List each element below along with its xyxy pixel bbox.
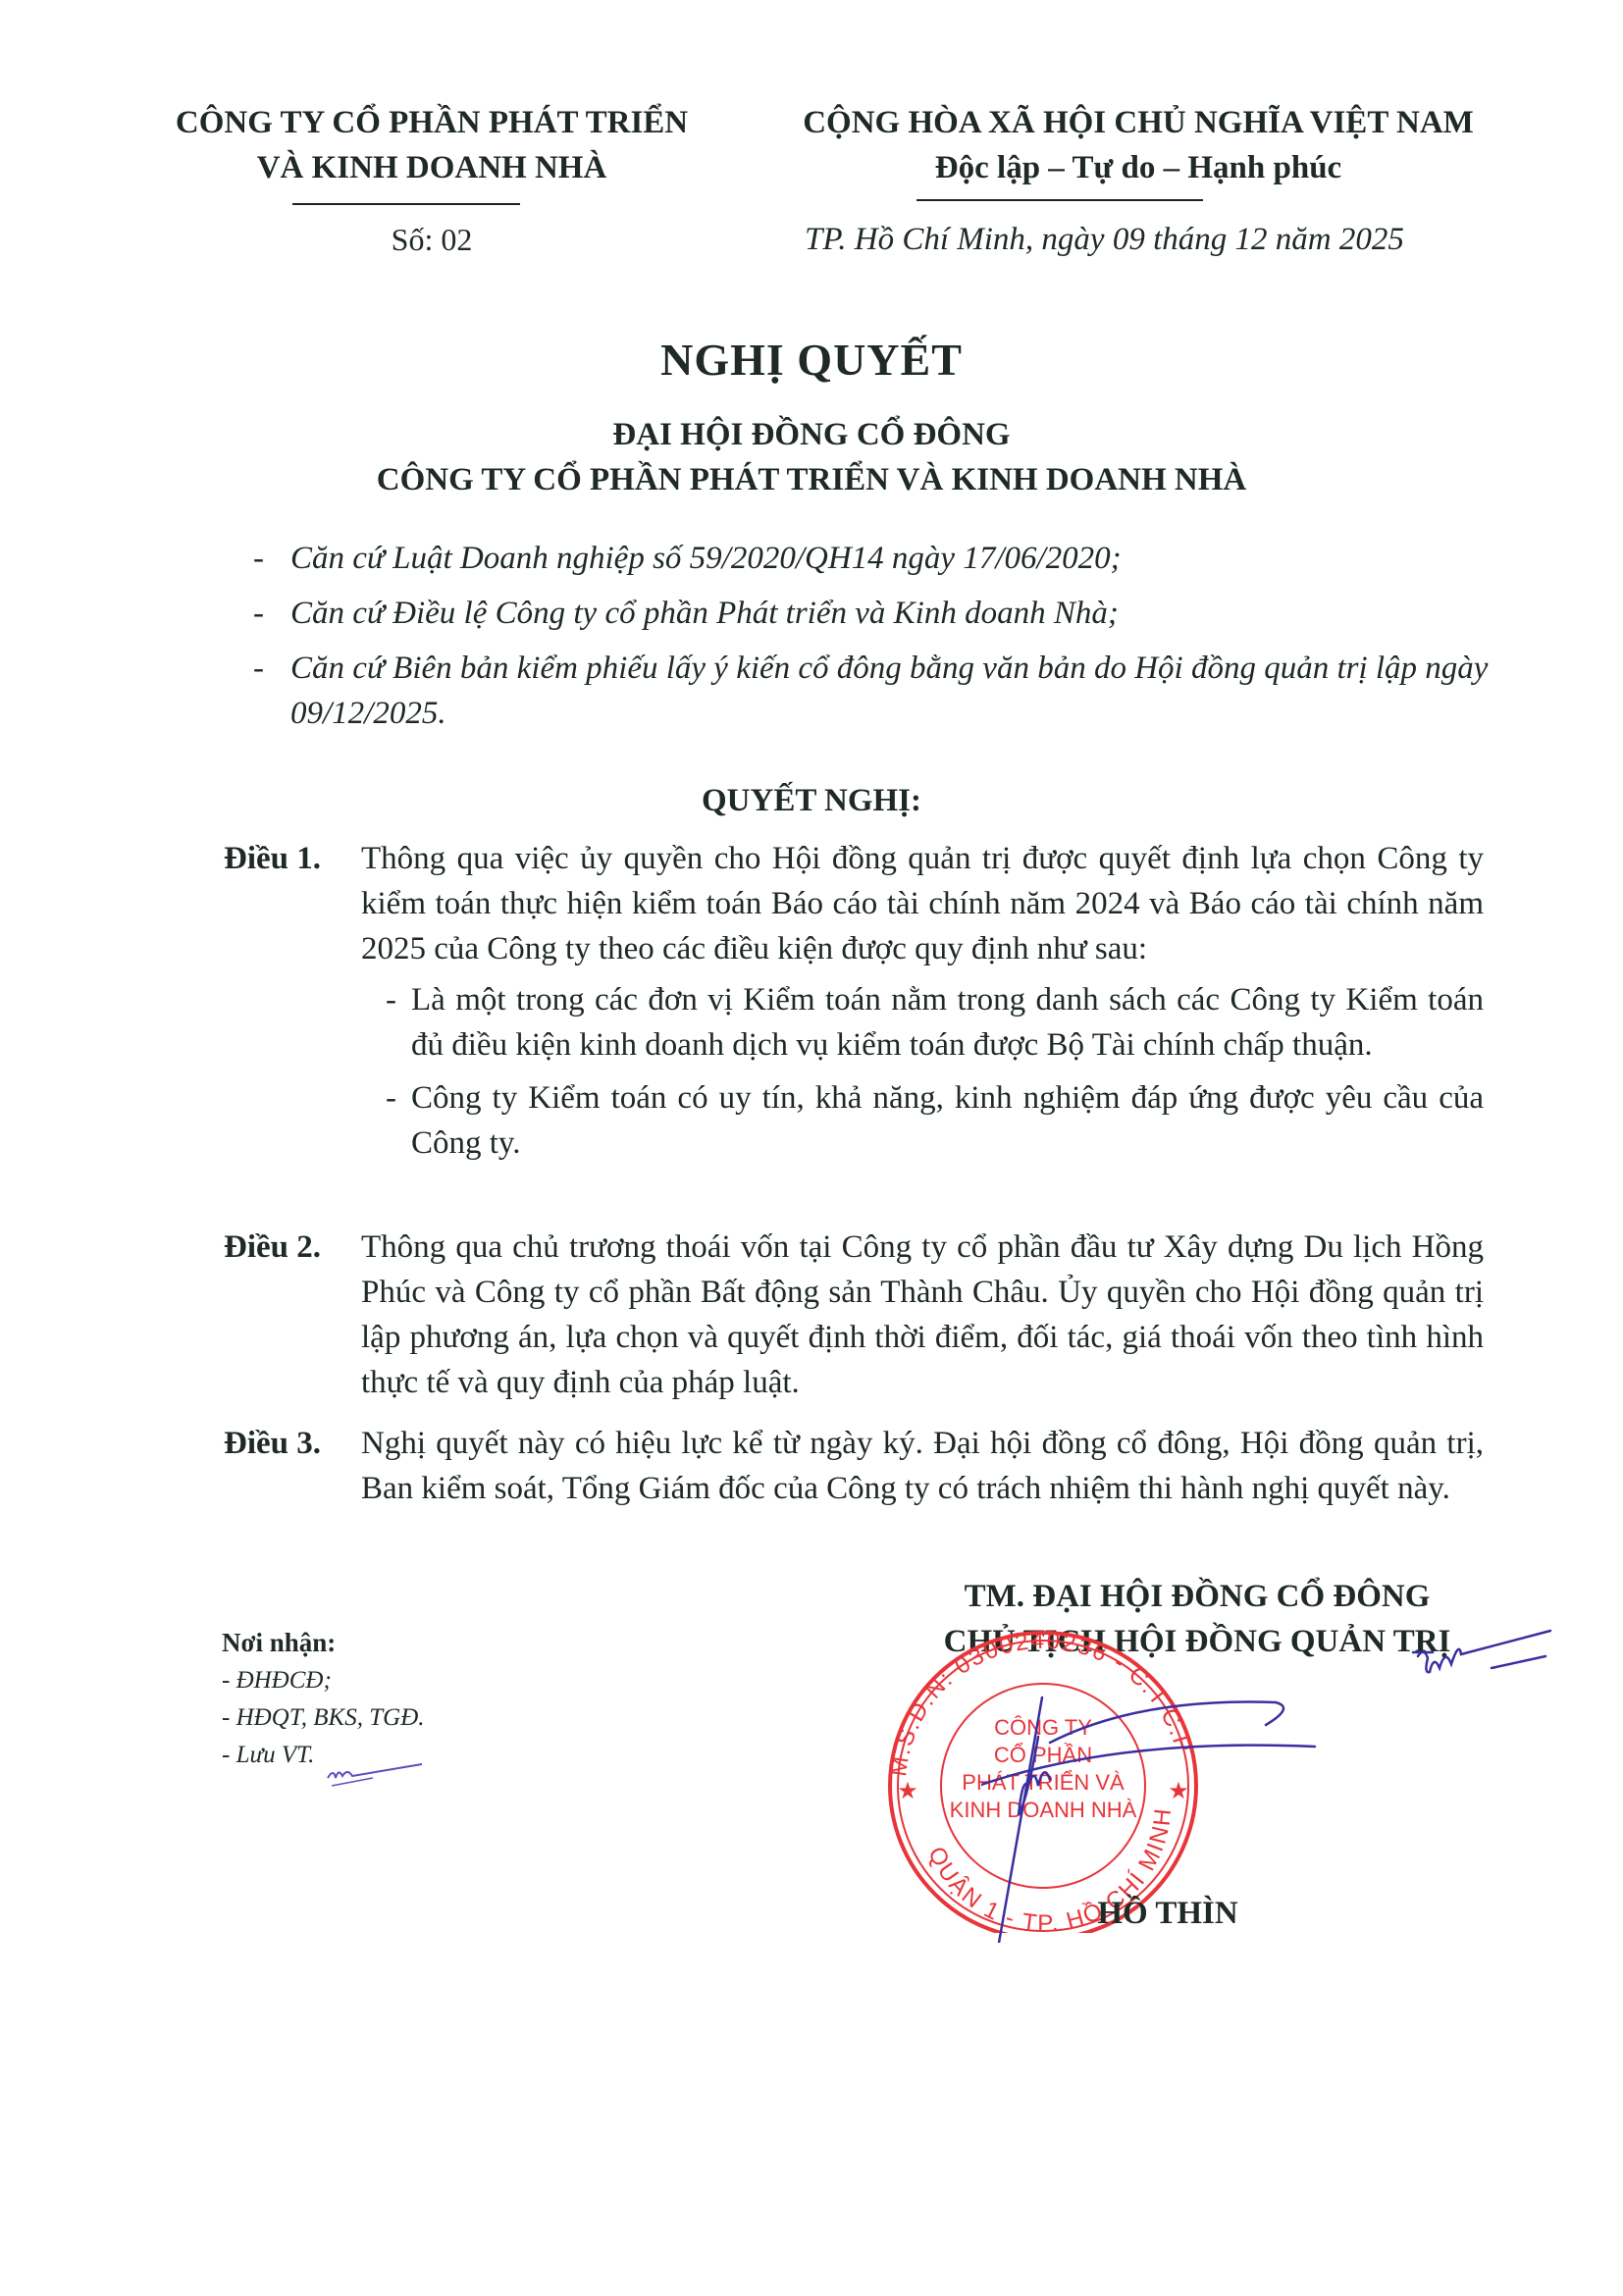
document-subtitle: ĐẠI HỘI ĐỒNG CỔ ĐÔNG CÔNG TY CỔ PHẦN PHÁ… [0, 412, 1623, 502]
motto-underline [916, 199, 1203, 201]
svg-text:★: ★ [1168, 1778, 1189, 1804]
article-body: Nghị quyết này có hiệu lực kể từ ngày ký… [361, 1421, 1484, 1511]
issuing-company-header: CÔNG TY CỔ PHẦN PHÁT TRIỂN VÀ KINH DOANH… [157, 100, 707, 190]
company-header-underline [292, 203, 520, 205]
legal-basis-text: Căn cứ Luật Doanh nghiệp số 59/2020/QH14… [290, 541, 1122, 576]
list-dash: - [386, 1075, 396, 1121]
article-3: Điều 3. Nghị quyết này có hiệu lực kể từ… [224, 1421, 1484, 1511]
condition-text: Là một trong các đơn vị Kiểm toán nằm tr… [411, 982, 1484, 1063]
condition-item: - Là một trong các đơn vị Kiểm toán nằm … [386, 977, 1484, 1068]
national-motto-header: CỘNG HÒA XÃ HỘI CHỦ NGHĨA VIỆT NAM Độc l… [756, 100, 1521, 190]
legal-bases-list: - Căn cứ Luật Doanh nghiệp số 59/2020/QH… [253, 536, 1490, 746]
condition-text: Công ty Kiểm toán có uy tín, khả năng, k… [411, 1080, 1484, 1161]
svg-text:★: ★ [897, 1778, 918, 1804]
place-and-date: TP. Hồ Chí Minh, ngày 09 tháng 12 năm 20… [805, 222, 1492, 258]
legal-basis-item: - Căn cứ Luật Doanh nghiệp số 59/2020/QH… [253, 536, 1490, 581]
article-body: Thông qua chủ trương thoái vốn tại Công … [361, 1225, 1484, 1405]
list-dash: - [386, 977, 396, 1022]
svg-text:PHÁT TRIỂN VÀ: PHÁT TRIỂN VÀ [962, 1770, 1125, 1795]
subtitle-line2: CÔNG TY CỔ PHẦN PHÁT TRIỂN VÀ KINH DOANH… [0, 457, 1623, 502]
subtitle-line1: ĐẠI HỘI ĐỒNG CỔ ĐÔNG [0, 412, 1623, 457]
svg-text:KINH DOANH NHÀ: KINH DOANH NHÀ [950, 1798, 1137, 1822]
article-label: Điều 2. [224, 1225, 321, 1270]
signature-title: TM. ĐẠI HỘI ĐỒNG CỔ ĐÔNG CHỦ TỊCH HỘI ĐỒ… [844, 1574, 1550, 1664]
company-name-line2: VÀ KINH DOANH NHÀ [157, 145, 707, 190]
list-dash: - [253, 646, 264, 691]
recipient-item: - HĐQT, BKS, TGĐ. [222, 1699, 614, 1737]
article-2: Điều 2. Thông qua chủ trương thoái vốn t… [224, 1225, 1484, 1405]
svg-text:CÔNG TY: CÔNG TY [994, 1715, 1092, 1740]
legal-basis-text: Căn cứ Điều lệ Công ty cổ phần Phát triể… [290, 596, 1119, 631]
decision-heading: QUYẾT NGHỊ: [0, 783, 1623, 819]
initials-icon [324, 1756, 432, 1796]
recipients-block: Nơi nhận: - ĐHĐCĐ; - HĐQT, BKS, TGĐ. - L… [222, 1623, 614, 1774]
article-label: Điều 3. [224, 1421, 321, 1466]
signer-name: HỒ THÌN [1021, 1896, 1315, 1932]
resolution-document: CÔNG TY CỔ PHẦN PHÁT TRIỂN VÀ KINH DOANH… [0, 0, 1623, 2296]
condition-item: - Công ty Kiểm toán có uy tín, khả năng,… [386, 1075, 1484, 1166]
recipients-heading: Nơi nhận: [222, 1623, 614, 1662]
article-1: Điều 1. Thông qua việc ủy quyền cho Hội … [224, 836, 1484, 1166]
article-1-conditions: - Là một trong các đơn vị Kiểm toán nằm … [366, 977, 1484, 1166]
national-motto: Độc lập – Tự do – Hạnh phúc [756, 145, 1521, 190]
document-title: NGHỊ QUYẾT [0, 334, 1623, 386]
legal-basis-item: - Căn cứ Điều lệ Công ty cổ phần Phát tr… [253, 591, 1490, 636]
list-dash: - [253, 591, 264, 636]
legal-basis-text: Căn cứ Biên bản kiểm phiếu lấy ý kiến cổ… [290, 651, 1488, 731]
signature-title-line2: CHỦ TỊCH HỘI ĐỒNG QUẢN TRỊ [844, 1619, 1550, 1664]
nation-name: CỘNG HÒA XÃ HỘI CHỦ NGHĨA VIỆT NAM [756, 100, 1521, 145]
signature-title-line1: TM. ĐẠI HỘI ĐỒNG CỔ ĐÔNG [844, 1574, 1550, 1619]
legal-basis-item: - Căn cứ Biên bản kiểm phiếu lấy ý kiến … [253, 646, 1490, 736]
recipient-item: - ĐHĐCĐ; [222, 1662, 614, 1699]
company-seal-icon: M.S.D.N: 0300240236 - C.T.C.P QUẬN 1 - T… [859, 1619, 1231, 1933]
list-dash: - [253, 536, 264, 581]
document-number: Số: 02 [157, 222, 707, 258]
company-name-line1: CÔNG TY CỔ PHẦN PHÁT TRIỂN [157, 100, 707, 145]
article-label: Điều 1. [224, 836, 321, 881]
article-body: Thông qua việc ủy quyền cho Hội đồng quả… [361, 836, 1484, 971]
svg-text:CỔ PHẦN: CỔ PHẦN [994, 1743, 1092, 1767]
